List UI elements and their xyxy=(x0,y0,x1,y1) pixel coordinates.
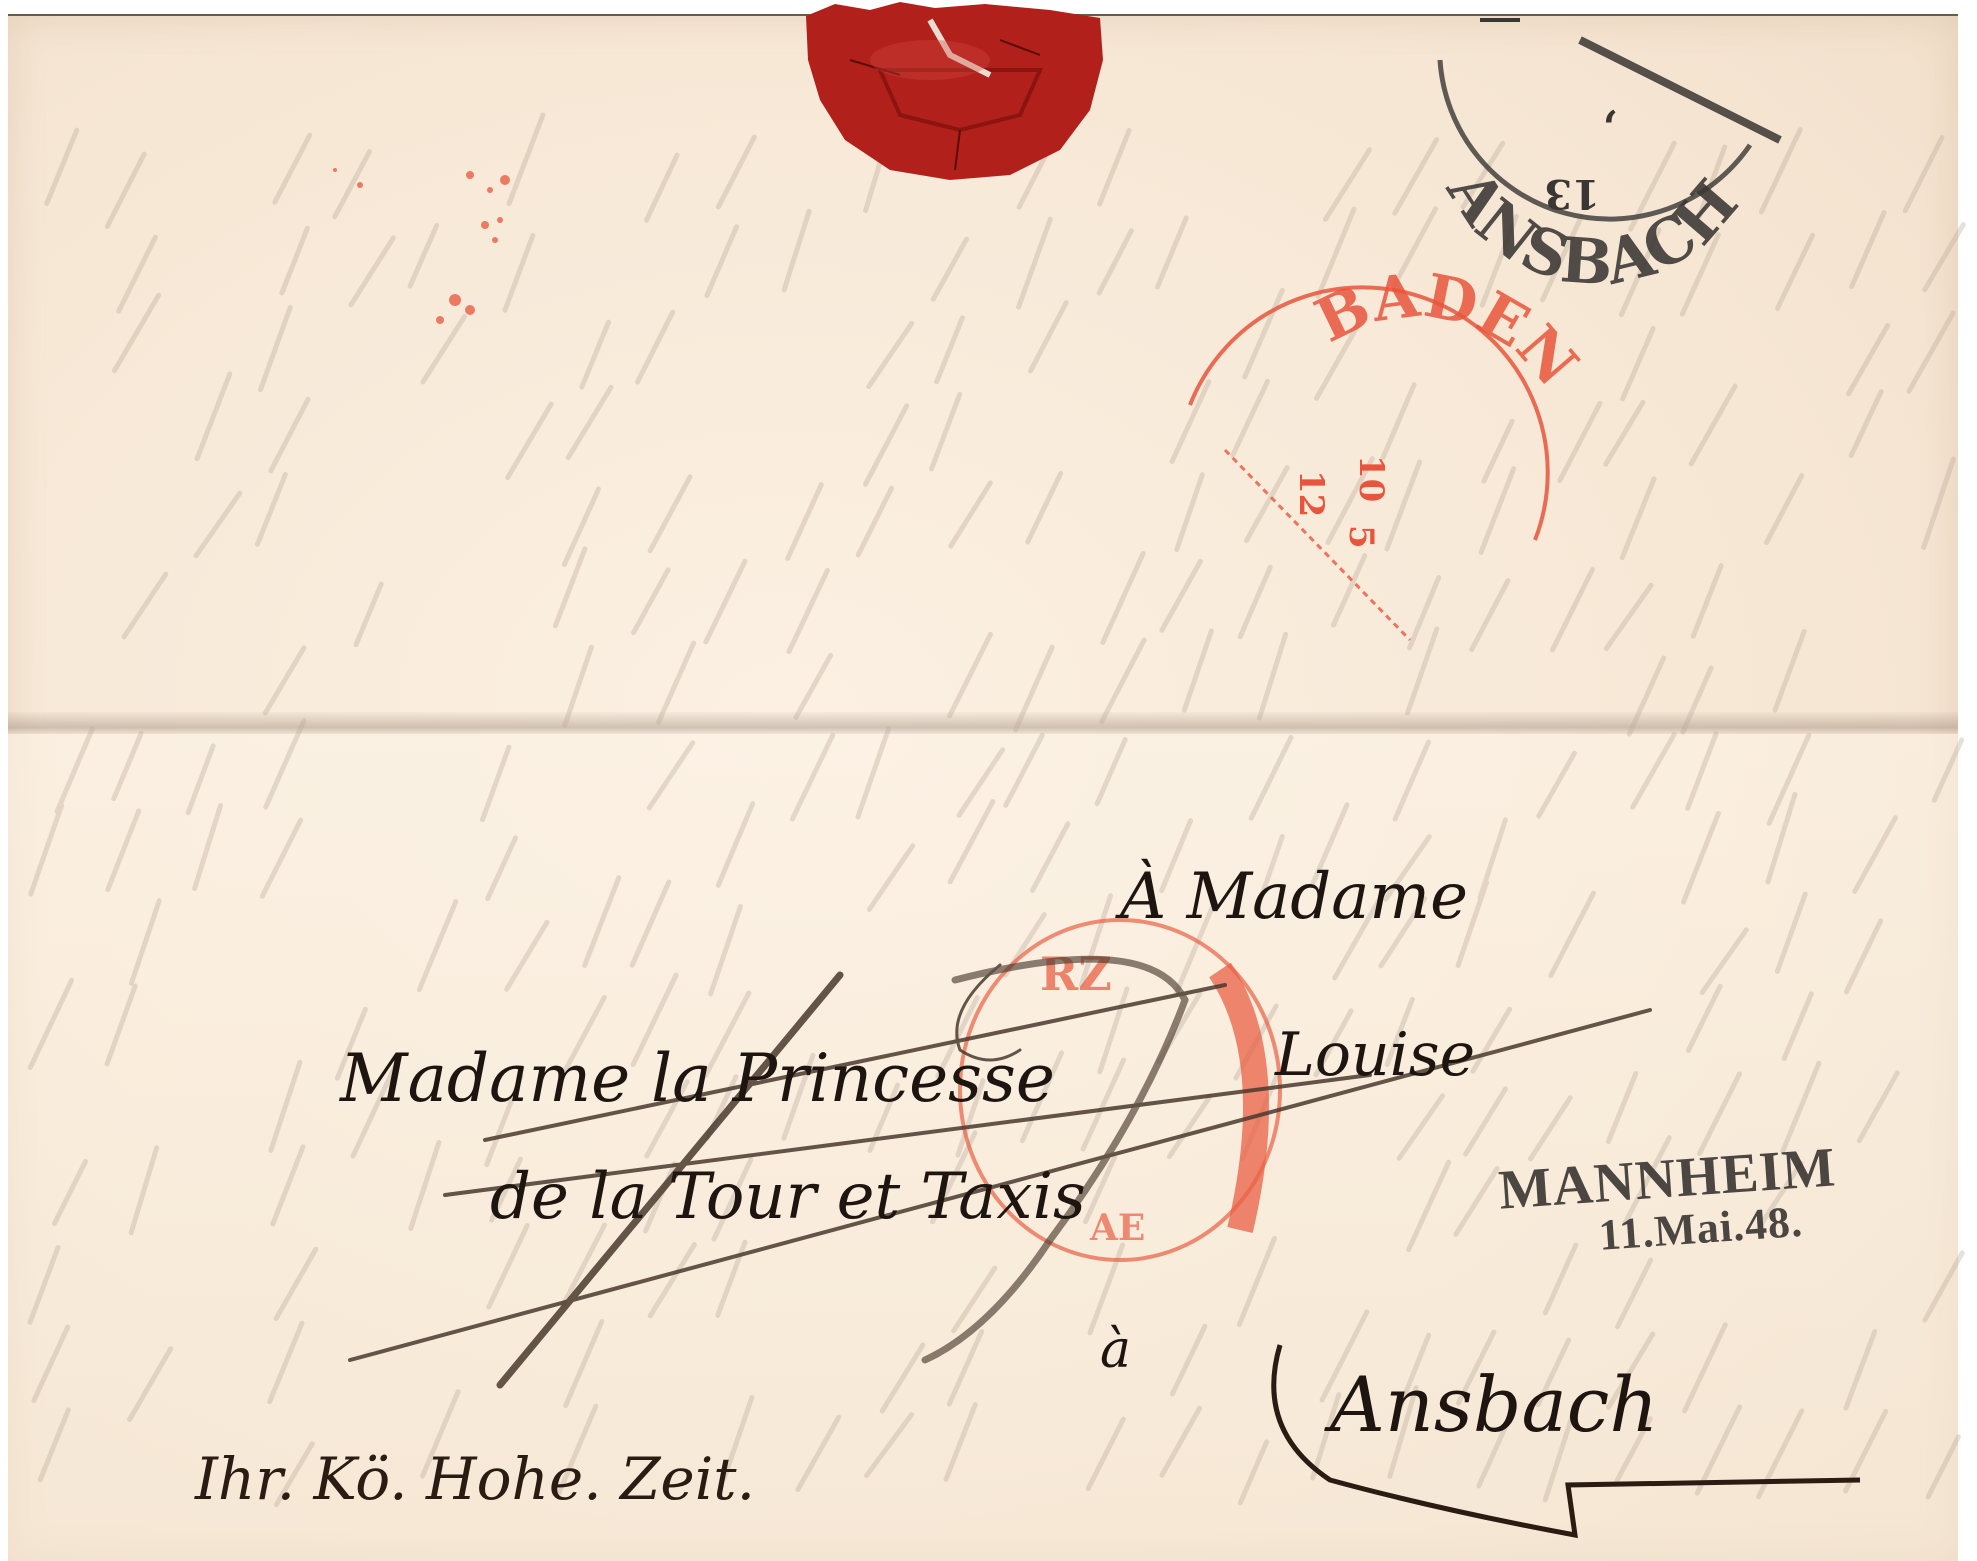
bleed-through-writing xyxy=(30,115,1963,1505)
address-salutation: À Madame xyxy=(1120,860,1468,934)
mannheim-postmark: MANNHEIM 11.Mai.48. xyxy=(1497,1138,1841,1265)
wax-seal xyxy=(806,2,1103,180)
ansbach-postmark: ANSBACH 13 , xyxy=(1432,20,1780,300)
address-name-line: Madame la Princesse xyxy=(340,1040,1055,1117)
svg-text:,: , xyxy=(1602,106,1616,153)
svg-text:AE: AE xyxy=(1089,1207,1145,1249)
address-given-name: Louise xyxy=(1275,1020,1475,1090)
markings-layer: ANSBACH 13 , BADEN 10 12 5 RZ AE xyxy=(0,0,1977,1561)
svg-text:5: 5 xyxy=(1341,525,1381,549)
bottom-left-notation: Ihr. Kö. Hohe. Zeit. xyxy=(195,1445,755,1513)
svg-text:10: 10 xyxy=(1351,455,1391,502)
red-ink-spatter xyxy=(333,168,510,324)
red-arrival-postmark: BADEN 10 12 5 xyxy=(1190,261,1591,640)
svg-text:13: 13 xyxy=(1544,170,1600,217)
svg-text:RZ: RZ xyxy=(1040,947,1112,1001)
address-destination: Ansbach xyxy=(1330,1360,1658,1449)
svg-text:12: 12 xyxy=(1291,470,1331,517)
address-house-line: de la Tour et Taxis xyxy=(490,1160,1086,1234)
address-preposition: à xyxy=(1100,1320,1131,1380)
